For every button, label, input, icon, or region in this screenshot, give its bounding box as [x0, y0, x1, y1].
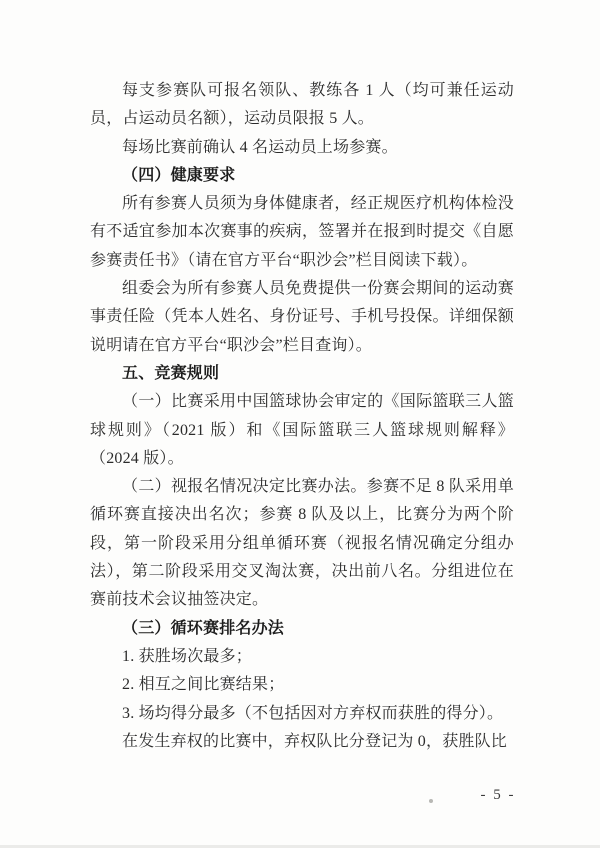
document-page: 每支参赛队可报名领队、教练各 1 人（均可兼任运动员，占运动员名额），运动员限报…: [0, 0, 600, 848]
scan-speck-artifact: [429, 799, 433, 803]
paragraph-format: （二）视报名情况决定比赛办法。参赛不足 8 队采用单循环赛直接决出名次；参赛 8…: [90, 473, 514, 614]
paragraph-match-confirmation: 每场比赛前确认 4 名运动员上场参赛。: [90, 134, 514, 162]
paragraph-forfeit: 在发生弃权的比赛中，弃权队比分登记为 0，获胜队比: [90, 728, 514, 756]
paragraph-insurance: 组委会为所有参赛人员免费提供一份赛会期间的运动赛事责任险（凭本人姓名、身份证号、…: [90, 275, 514, 360]
list-item-average-points: 3. 场均得分最多（不包括因对方弃权而获胜的得分）。: [90, 700, 514, 728]
list-item-wins: 1. 获胜场次最多；: [90, 643, 514, 671]
section-heading-rules: 五、竞赛规则: [90, 360, 514, 388]
page-number: - 5 -: [463, 787, 533, 804]
paragraph-team-roster: 每支参赛队可报名领队、教练各 1 人（均可兼任运动员，占运动员名额），运动员限报…: [90, 77, 514, 134]
document-body: 每支参赛队可报名领队、教练各 1 人（均可兼任运动员，占运动员名额），运动员限报…: [90, 77, 514, 756]
paragraph-rulebook: （一）比赛采用中国篮球协会审定的《国际篮联三人篮球规则》（2021 版）和《国际…: [90, 388, 514, 473]
list-item-head-to-head: 2. 相互之间比赛结果；: [90, 671, 514, 699]
paragraph-health-waiver: 所有参赛人员须为身体健康者，经正规医疗机构体检没有不适宜参加本次赛事的疾病，签署…: [90, 190, 514, 275]
section-heading-health: （四）健康要求: [90, 162, 514, 190]
section-heading-ranking: （三）循环赛排名办法: [90, 615, 514, 643]
